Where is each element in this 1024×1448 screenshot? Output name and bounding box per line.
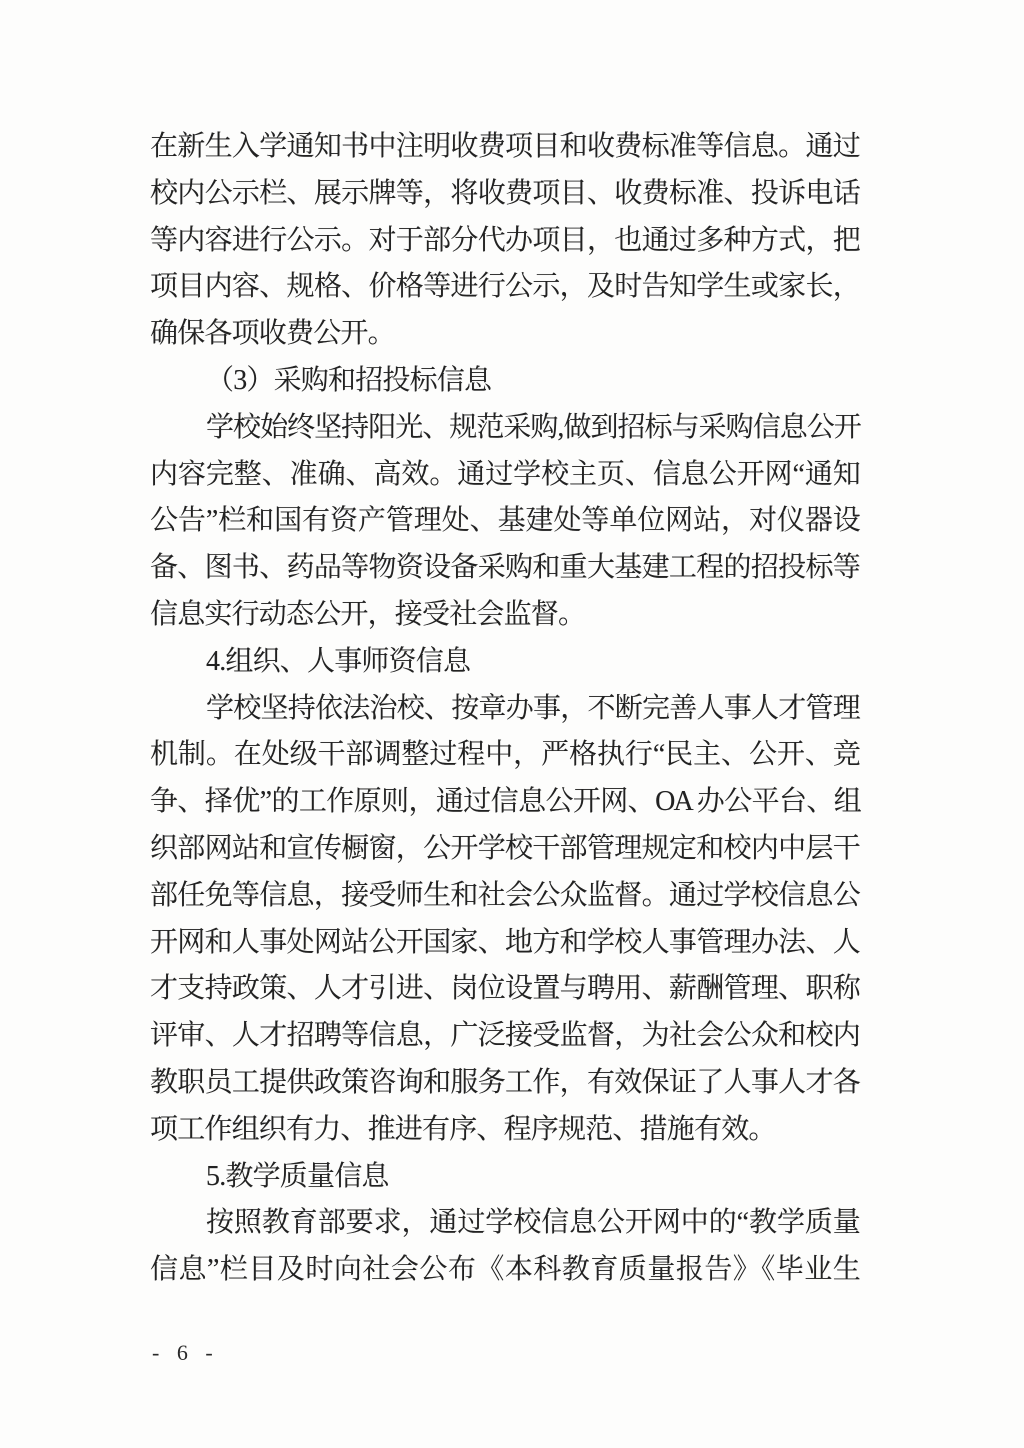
- text-line: 项目内容、规格、价格等进行公示，及时告知学生或家长，: [150, 264, 860, 311]
- text-line: 校内公示栏、展示牌等，将收费项目、收费标准、投诉电话: [150, 171, 860, 218]
- text-line: （3）采购和招投标信息: [150, 358, 860, 405]
- text-line: 等内容进行公示。对于部分代办项目，也通过多种方式，把: [150, 218, 860, 265]
- text-line: 教职员工提供政策咨询和服务工作，有效保证了人事人才各: [150, 1060, 860, 1107]
- text-line: 4.组织、人事师资信息: [150, 639, 860, 686]
- text-line: 按照教育部要求，通过学校信息公开网中的“教学质量: [150, 1200, 860, 1247]
- text-line: 信息”栏目及时向社会公布《本科教育质量报告》《毕业生: [150, 1247, 860, 1294]
- document-body: 在新生入学通知书中注明收费项目和收费标准等信息。通过校内公示栏、展示牌等，将收费…: [150, 124, 860, 1294]
- text-line: 织部网站和宣传橱窗，公开学校干部管理规定和校内中层干: [150, 826, 860, 873]
- text-line: 公告”栏和国有资产管理处、基建处等单位网站，对仪器设: [150, 498, 860, 545]
- text-line: 5.教学质量信息: [150, 1154, 860, 1201]
- text-line: 信息实行动态公开，接受社会监督。: [150, 592, 860, 639]
- text-line: 项工作组织有力、推进有序、程序规范、措施有效。: [150, 1107, 860, 1154]
- text-line: 在新生入学通知书中注明收费项目和收费标准等信息。通过: [150, 124, 860, 171]
- text-line: 评审、人才招聘等信息，广泛接受监督，为社会公众和校内: [150, 1013, 860, 1060]
- text-line: 学校坚持依法治校、按章办事，不断完善人事人才管理: [150, 686, 860, 733]
- text-line: 开网和人事处网站公开国家、地方和学校人事管理办法、人: [150, 920, 860, 967]
- text-line: 才支持政策、人才引进、岗位设置与聘用、薪酬管理、职称: [150, 966, 860, 1013]
- text-line: 学校始终坚持阳光、规范采购,做到招标与采购信息公开: [150, 405, 860, 452]
- text-line: 部任免等信息，接受师生和社会公众监督。通过学校信息公: [150, 873, 860, 920]
- text-line: 备、图书、药品等物资设备采购和重大基建工程的招投标等: [150, 545, 860, 592]
- text-line: 内容完整、准确、高效。通过学校主页、信息公开网“通知: [150, 452, 860, 499]
- text-line: 确保各项收费公开。: [150, 311, 860, 358]
- text-line: 机制。在处级干部调整过程中，严格执行“民主、公开、竞: [150, 732, 860, 779]
- page-number: - 6 -: [152, 1340, 215, 1366]
- text-line: 争、择优”的工作原则，通过信息公开网、OA 办公平台、组: [150, 779, 860, 826]
- document-page: 在新生入学通知书中注明收费项目和收费标准等信息。通过校内公示栏、展示牌等，将收费…: [0, 0, 1024, 1448]
